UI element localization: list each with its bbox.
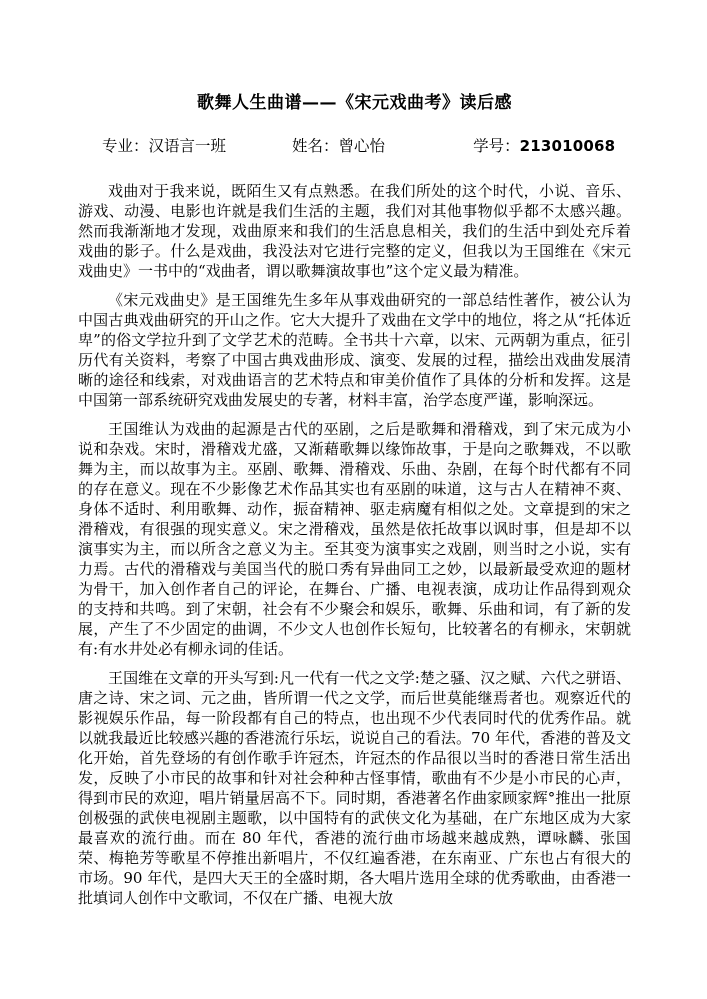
- meta-name-label: 姓名：: [292, 137, 339, 155]
- paragraph-2: 《宋元戏曲史》是王国维先生多年从事戏曲研究的一部总结性著作，被公认为中国古典戏曲…: [78, 290, 631, 410]
- meta-student-id: 学号：213010068: [473, 136, 615, 156]
- meta-name-value: 曾心怡: [339, 137, 386, 155]
- meta-student-id-value: 213010068: [520, 137, 616, 155]
- document-body: 戏曲对于我来说，既陌生又有点熟悉。在我们所处的这个时代，小说、音乐、游戏、动漫、…: [78, 181, 631, 908]
- meta-student-id-label: 学号：: [473, 137, 520, 155]
- meta-major-value: 汉语言一班: [149, 137, 227, 155]
- paragraph-4: 王国维在文章的开头写到:凡一代有一代之文学:楚之骚、汉之赋、六代之骈语、唐之诗、…: [78, 668, 631, 908]
- paragraph-1: 戏曲对于我来说，既陌生又有点熟悉。在我们所处的这个时代，小说、音乐、游戏、动漫、…: [78, 181, 631, 281]
- document-title: 歌舞人生曲谱——《宋元戏曲考》读后感: [78, 93, 631, 113]
- meta-major: 专业：汉语言一班: [102, 136, 226, 156]
- meta-row: 专业：汉语言一班 姓名：曾心怡 学号：213010068: [78, 136, 631, 156]
- meta-major-label: 专业：: [102, 137, 149, 155]
- meta-name: 姓名：曾心怡: [292, 136, 385, 156]
- document-page: 歌舞人生曲谱——《宋元戏曲考》读后感 专业：汉语言一班 姓名：曾心怡 学号：21…: [0, 0, 707, 999]
- paragraph-3: 王国维认为戏曲的起源是古代的巫剧，之后是歌舞和滑稽戏，到了宋元成为小说和杂戏。宋…: [78, 419, 631, 659]
